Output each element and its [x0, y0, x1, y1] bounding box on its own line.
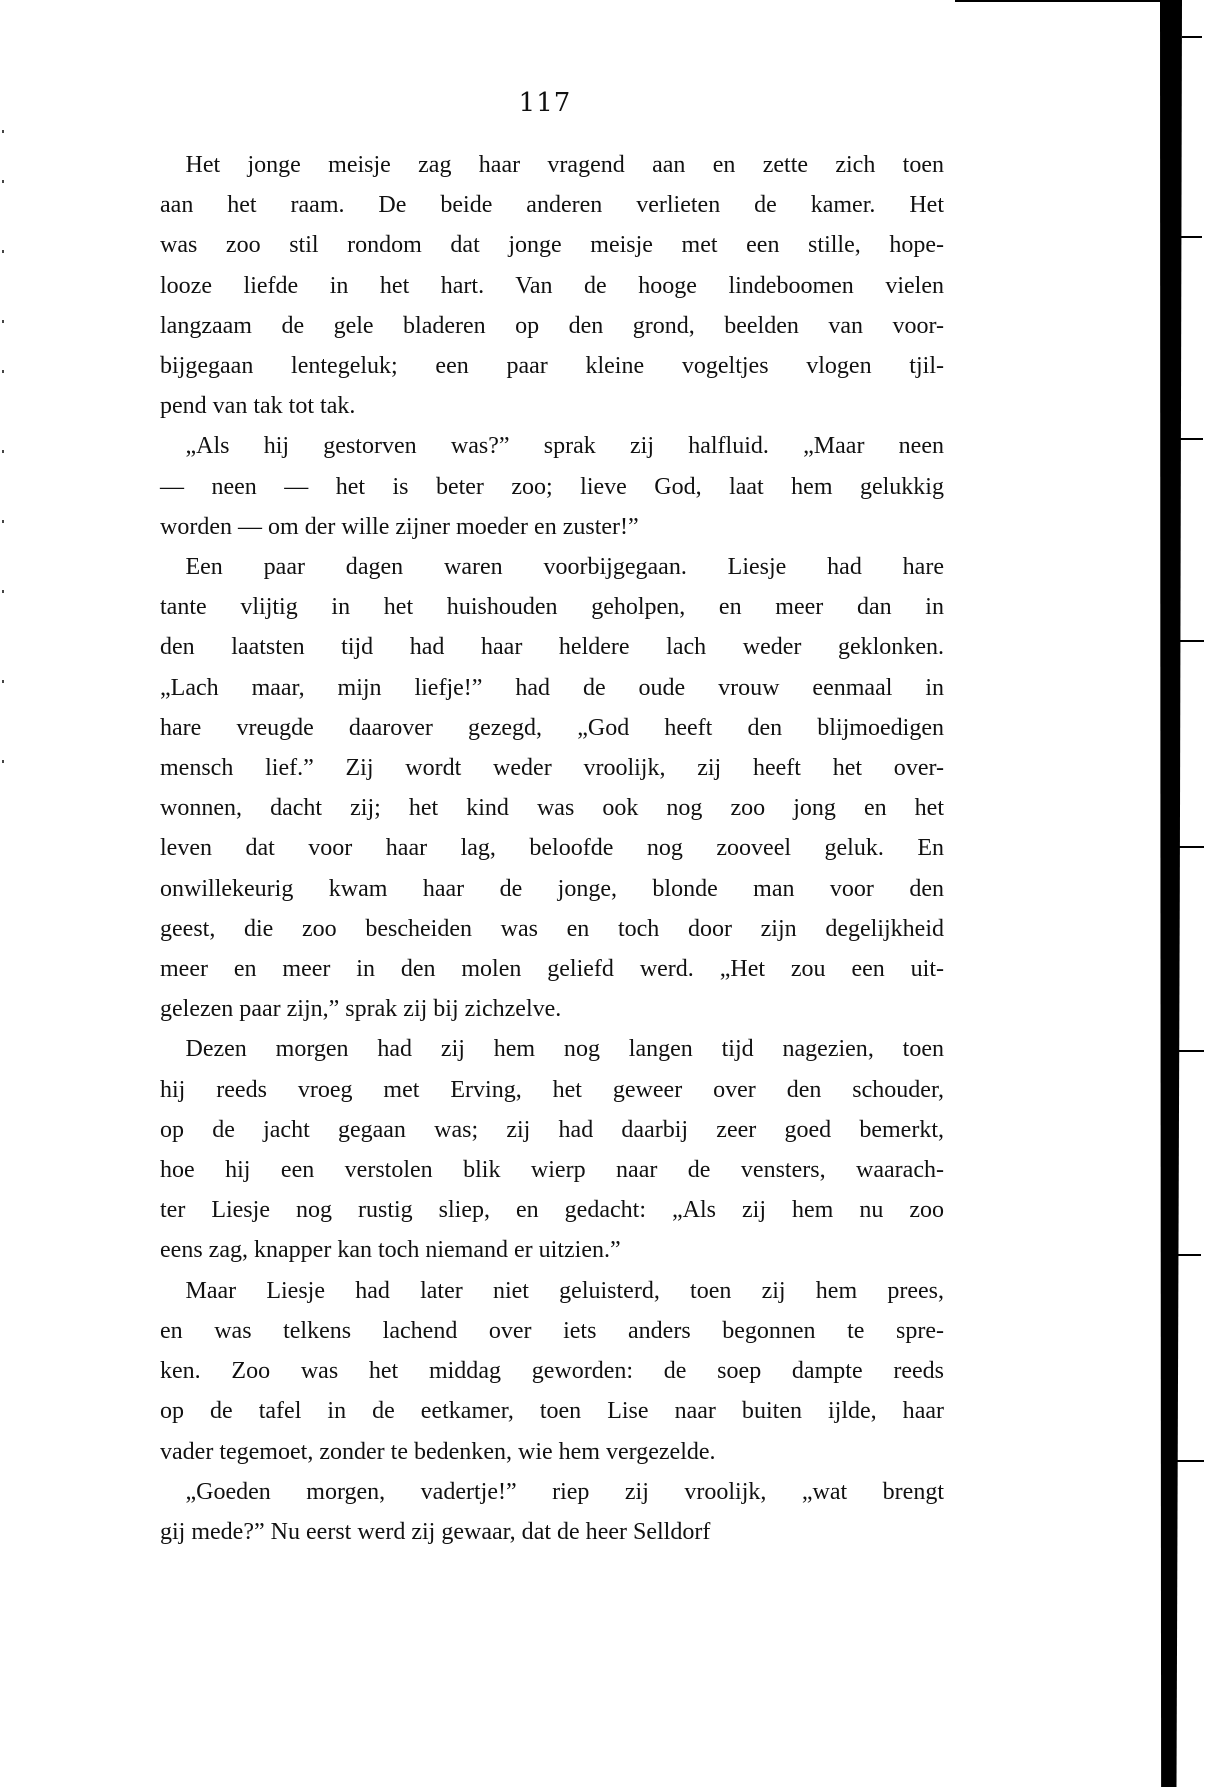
text-line: Een paar dagen waren voorbijgegaan. Lies…: [160, 547, 944, 587]
text-line: bijgegaan lentegeluk; een paar kleine vo…: [160, 346, 944, 386]
text-line: aan het raam. De beide anderen verlieten…: [160, 185, 944, 225]
scan-top-edge: [955, 0, 1165, 2]
text-line: onwillekeurig kwam haar de jonge, blonde…: [160, 869, 944, 909]
text-line: vader tegemoet, zonder te bedenken, wie …: [160, 1432, 944, 1472]
text-line: ken. Zoo was het middag geworden: de soe…: [160, 1351, 944, 1391]
text-line: gij mede?” Nu eerst werd zij gewaar, dat…: [160, 1512, 944, 1552]
spine-mark: [1179, 438, 1203, 440]
paragraph: Een paar dagen waren voorbijgegaan. Lies…: [160, 547, 944, 1029]
text-line: en was telkens lachend over iets anders …: [160, 1311, 944, 1351]
spine-mark: [1173, 1254, 1201, 1256]
paragraph: „Als hij gestorven was?” sprak zij halfl…: [160, 426, 944, 547]
text-line: wonnen, dacht zij; het kind was ook nog …: [160, 788, 944, 828]
text-line: Maar Liesje had later niet geluisterd, t…: [160, 1271, 944, 1311]
text-line: was zoo stil rondom dat jonge meisje met…: [160, 225, 944, 265]
text-line: hij reeds vroeg met Erving, het geweer o…: [160, 1070, 944, 1110]
spine-mark: [1176, 846, 1204, 848]
spine-mark: [1178, 640, 1204, 642]
text-line: „Lach maar, mijn liefje!” had de oude vr…: [160, 668, 944, 708]
text-line: — neen — het is beter zoo; lieve God, la…: [160, 467, 944, 507]
text-line: hare vreugde daarover gezegd, „God heeft…: [160, 708, 944, 748]
spine-mark: [1182, 36, 1202, 38]
spine-mark: [1170, 1460, 1204, 1462]
book-spine-shadow: [1160, 0, 1182, 1787]
text-line: geest, die zoo bescheiden was en toch do…: [160, 909, 944, 949]
text-line: den laatsten tijd had haar heldere lach …: [160, 627, 944, 667]
text-line: eens zag, knapper kan toch niemand er ui…: [160, 1230, 944, 1270]
text-line: leven dat voor haar lag, beloofde nog zo…: [160, 828, 944, 868]
text-line: Het jonge meisje zag haar vragend aan en…: [160, 145, 944, 185]
text-line: mensch lief.” Zij wordt weder vroolijk, …: [160, 748, 944, 788]
text-line: meer en meer in den molen geliefd werd. …: [160, 949, 944, 989]
text-line: ter Liesje nog rustig sliep, en gedacht:…: [160, 1190, 944, 1230]
paragraph: Dezen morgen had zij hem nog langen tijd…: [160, 1029, 944, 1270]
text-line: gelezen paar zijn,” sprak zij bij zichze…: [160, 989, 944, 1029]
paragraph: „Goeden morgen, vadertje!” riep zij vroo…: [160, 1472, 944, 1552]
text-line: op de tafel in de eetkamer, toen Lise na…: [160, 1391, 944, 1431]
text-line: looze liefde in het hart. Van de hooge l…: [160, 266, 944, 306]
text-line: Dezen morgen had zij hem nog langen tijd…: [160, 1029, 944, 1069]
text-line: „Als hij gestorven was?” sprak zij halfl…: [160, 426, 944, 466]
text-line: worden — om der wille zijner moeder en z…: [160, 507, 944, 547]
paragraph: Maar Liesje had later niet geluisterd, t…: [160, 1271, 944, 1472]
text-line: op de jacht gegaan was; zij had daarbij …: [160, 1110, 944, 1150]
text-line: „Goeden morgen, vadertje!” riep zij vroo…: [160, 1472, 944, 1512]
spine-mark: [1174, 1050, 1204, 1052]
body-text: Het jonge meisje zag haar vragend aan en…: [160, 145, 960, 1552]
page-number: 117: [0, 88, 1090, 118]
paragraph: Het jonge meisje zag haar vragend aan en…: [160, 145, 944, 426]
text-line: pend van tak tot tak.: [160, 386, 944, 426]
spine-mark: [1180, 236, 1202, 238]
text-line: langzaam de gele bladeren op den grond, …: [160, 306, 944, 346]
text-line: tante vlijtig in het huishouden geholpen…: [160, 587, 944, 627]
scan-edge-specks: [2, 120, 8, 820]
text-line: hoe hij een verstolen blik wierp naar de…: [160, 1150, 944, 1190]
